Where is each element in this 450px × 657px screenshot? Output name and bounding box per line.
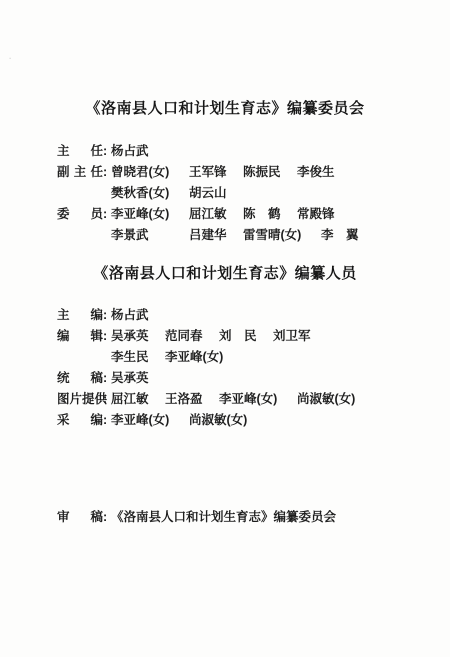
page-content: 《洛南县人口和计划生育志》编纂委员会 主任:杨占武 副主任:曾晓君(女)王军锋陈… xyxy=(0,0,450,528)
member-name: 曾晓君(女) xyxy=(111,162,189,183)
scanned-document-page: · 《洛南县人口和计划生育志》编纂委员会 主任:杨占武 副主任:曾晓君(女)王军… xyxy=(0,0,450,657)
member-name: 吴承英 xyxy=(111,326,165,347)
member-name: 吕建华 xyxy=(189,225,243,246)
row-colon: : xyxy=(103,389,111,410)
row-colon: : xyxy=(103,204,111,225)
staff-title: 《洛南县人口和计划生育志》编纂人员 xyxy=(0,264,450,283)
row-label: 编辑 xyxy=(57,326,103,347)
member-name: 李亚峰(女) xyxy=(111,410,189,431)
row-label: 图片提供 xyxy=(57,389,103,410)
member-row: 李景武吕建华雷雪晴(女)李 翼 xyxy=(57,225,450,246)
row-colon: : xyxy=(103,368,111,389)
member-row: 主任:杨占武 xyxy=(57,141,450,162)
committee-member-list: 主任:杨占武 副主任:曾晓君(女)王军锋陈振民李俊生 樊秋香(女)胡云山 委员:… xyxy=(0,141,450,246)
member-name: 李生民 xyxy=(111,347,165,368)
member-row: 李生民李亚峰(女) xyxy=(57,347,450,368)
member-name: 屈江敏 xyxy=(189,204,243,225)
member-name: 李亚峰(女) xyxy=(111,204,189,225)
member-name: 陈 鹤 xyxy=(243,204,297,225)
member-name: 吴承英 xyxy=(111,368,149,389)
member-name: 雷雪晴(女) xyxy=(243,225,321,246)
member-row: 委员:李亚峰(女)屈江敏陈 鹤常殿锋 xyxy=(57,204,450,225)
member-name: 杨占武 xyxy=(111,305,149,326)
member-name: 屈江敏 xyxy=(111,389,165,410)
member-row: 樊秋香(女)胡云山 xyxy=(57,183,450,204)
member-name: 李景武 xyxy=(111,225,189,246)
member-name: 李俊生 xyxy=(297,162,335,183)
member-name: 胡云山 xyxy=(189,183,227,204)
row-label: 审稿 xyxy=(57,507,103,528)
review-text: 《洛南县人口和计划生育志》编纂委员会 xyxy=(111,507,336,528)
member-row: 采编:李亚峰(女)尚淑敏(女) xyxy=(57,410,450,431)
row-colon: : xyxy=(103,507,111,528)
member-name: 尚淑敏(女) xyxy=(297,389,355,410)
row-colon: : xyxy=(103,162,111,183)
scan-artifact: · xyxy=(9,56,15,62)
row-colon: : xyxy=(103,141,111,162)
row-label: 采编 xyxy=(57,410,103,431)
member-row: 主编:杨占武 xyxy=(57,305,450,326)
member-name: 刘 民 xyxy=(219,326,273,347)
member-row: 编辑:吴承英范同春刘 民刘卫军 xyxy=(57,326,450,347)
member-name: 尚淑敏(女) xyxy=(189,410,247,431)
row-colon: : xyxy=(103,305,111,326)
member-row: 统稿:吴承英 xyxy=(57,368,450,389)
row-label: 主编 xyxy=(57,305,103,326)
row-label: 副主任 xyxy=(57,162,103,183)
member-row: 副主任:曾晓君(女)王军锋陈振民李俊生 xyxy=(57,162,450,183)
member-name: 范同春 xyxy=(165,326,219,347)
row-label: 委员 xyxy=(57,204,103,225)
member-name: 刘卫军 xyxy=(273,326,311,347)
row-colon: : xyxy=(103,326,111,347)
member-name: 陈振民 xyxy=(243,162,297,183)
member-name: 杨占武 xyxy=(111,141,149,162)
member-name: 李亚峰(女) xyxy=(219,389,297,410)
review-row: 审稿:《洛南县人口和计划生育志》编纂委员会 xyxy=(57,507,450,528)
member-name: 常殿锋 xyxy=(297,204,335,225)
member-name: 李 翼 xyxy=(321,225,359,246)
staff-member-list: 主编:杨占武 编辑:吴承英范同春刘 民刘卫军 李生民李亚峰(女) 统稿:吴承英 … xyxy=(0,305,450,528)
member-name: 王军锋 xyxy=(189,162,243,183)
committee-title: 《洛南县人口和计划生育志》编纂委员会 xyxy=(0,99,450,118)
row-label: 统稿 xyxy=(57,368,103,389)
member-name: 樊秋香(女) xyxy=(111,183,189,204)
row-label: 主任 xyxy=(57,141,103,162)
member-name: 王洛盈 xyxy=(165,389,219,410)
member-row: 图片提供:屈江敏王洛盈李亚峰(女)尚淑敏(女) xyxy=(57,389,450,410)
member-name: 李亚峰(女) xyxy=(165,347,223,368)
row-colon: : xyxy=(103,410,111,431)
